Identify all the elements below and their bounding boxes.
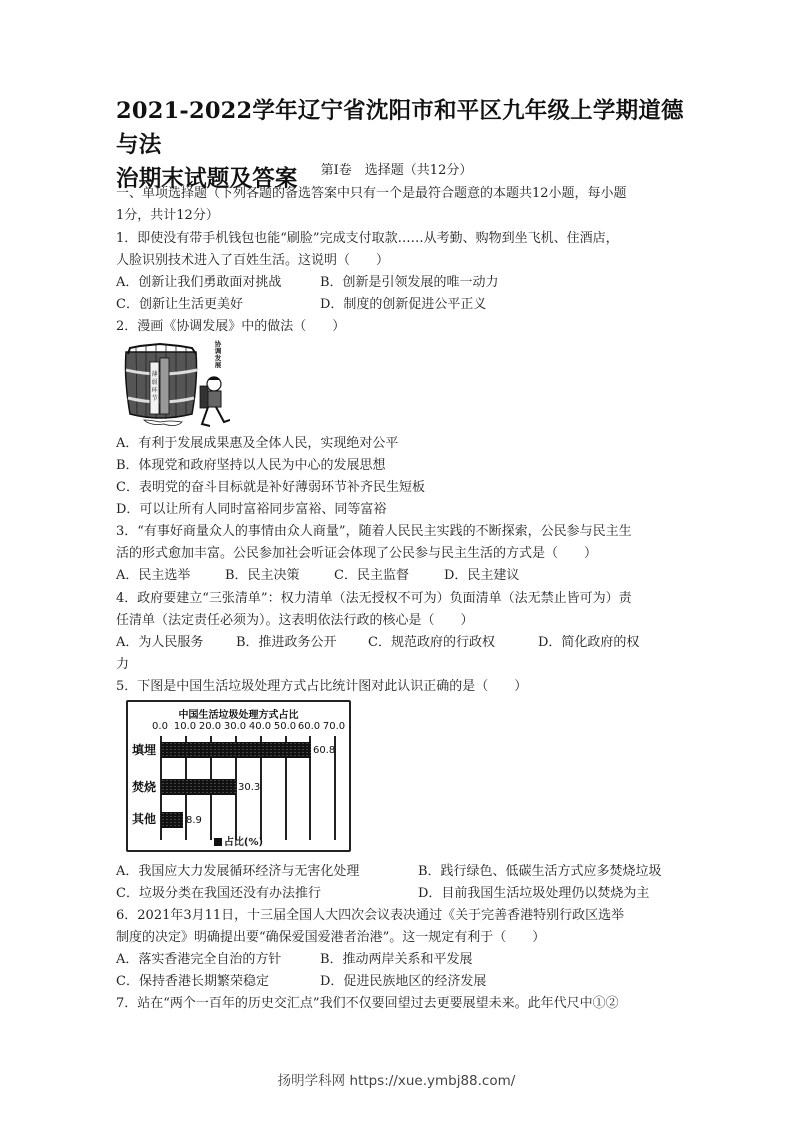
legend-swatch-icon <box>214 838 222 846</box>
chart-title: 中国生活垃圾处理方式占比 <box>128 706 349 721</box>
x-tick: 10.0 <box>174 721 196 732</box>
chart-legend: 占比(%) <box>128 833 349 848</box>
question-4-stem-line-2: 任清单（法定责任必须为）。这表明依法行政的核心是（ ） <box>116 611 474 631</box>
svg-text:弱: 弱 <box>151 378 157 386</box>
question-6-stem-line-1: 6．2021年3月11日，十三届全国人大四次会议表决通过《关于完善香港特别行政区… <box>116 906 624 926</box>
question-3-option-c: C．民主监督 <box>334 566 409 586</box>
question-1-stem-line-1: 1．即使没有带手机钱包也能“刷脸”完成支付取款……从考勤、购物到坐飞机、住酒店， <box>116 229 619 249</box>
question-4-option-d: D．简化政府的权 <box>538 633 639 653</box>
question-2-stem: 2．漫画《协调发展》中的做法（ ） <box>116 317 345 337</box>
bar-value: 30.3 <box>238 782 260 793</box>
question-2-option-c: C．表明党的奋斗目标就是补好薄弱环节补齐民生短板 <box>116 478 425 498</box>
question-5-option-c: C．垃圾分类在我国还没有办法推行 <box>116 884 321 904</box>
question-3-stem-line-2: 活的形式愈加丰富。公民参加社会听证会体现了公民参与民主生活的方式是（ ） <box>116 544 597 564</box>
svg-text:节: 节 <box>151 394 157 402</box>
question-2-option-a: A．有利于发展成果惠及全体人民，实现绝对公平 <box>116 434 398 454</box>
category-label: 焚烧 <box>132 778 156 795</box>
legend-label: 占比(%) <box>224 837 263 848</box>
question-6-option-b: B．推动两岸关系和平发展 <box>320 950 473 970</box>
bar-landfill <box>161 742 311 758</box>
question-5-option-a: A．我国应大力发展循环经济与无害化处理 <box>116 862 359 882</box>
question-6-option-d: D．促进民族地区的经济发展 <box>320 972 486 992</box>
chart-x-axis: 0.0 10.0 20.0 30.0 40.0 50.0 60.0 70.0 <box>128 721 349 733</box>
question-6-option-c: C．保持香港长期繁荣稳定 <box>116 972 269 992</box>
question-1-option-c: C．创新让生活更美好 <box>116 295 243 315</box>
bar-incineration <box>161 779 236 795</box>
question-6-option-a: A．落实香港完全自治的方针 <box>116 950 281 970</box>
svg-text:展: 展 <box>215 360 222 369</box>
question-5-option-b: B．践行绿色、低碳生活方式应多焚烧垃圾 <box>418 862 662 882</box>
svg-text:薄: 薄 <box>151 370 157 378</box>
question-1-option-d: D．制度的创新促进公平正义 <box>320 295 486 315</box>
footer-watermark: 扬明学科网 https://xue.ymbj88.com/ <box>0 1069 793 1089</box>
question-4-option-b: B．推进政务公开 <box>236 633 337 653</box>
question-3-option-a: A．民主选举 <box>116 566 190 586</box>
question-4-option-a: A．为人民服务 <box>116 633 203 653</box>
instructions-line-1: 一、单项选择题（下列各题的备选答案中只有一个是最符合题意的本题共12小题，每小题 <box>116 184 627 204</box>
waste-disposal-bar-chart: 中国生活垃圾处理方式占比 0.0 10.0 20.0 30.0 40.0 50.… <box>126 700 351 852</box>
x-tick: 0.0 <box>152 721 168 732</box>
question-6-stem-line-2: 制度的决定》明确提出要“确保爱国爱港者治港”。这一规定有利于（ ） <box>116 928 545 948</box>
x-tick: 60.0 <box>298 721 320 732</box>
category-label: 其他 <box>132 810 156 827</box>
bar-value: 60.8 <box>313 745 335 756</box>
question-4-stem-line-1: 4．政府要建立“三张清单”：权力清单（法无授权不可为）负面清单（法无禁止皆可为）… <box>116 589 632 609</box>
x-tick: 20.0 <box>199 721 221 732</box>
question-4-option-d-wrap: 力 <box>116 655 129 675</box>
cartoon-coordinated-development: 薄 弱 环 节 协 调 发 展 <box>120 340 230 432</box>
question-1-option-a: A．创新让我们勇敢面对挑战 <box>116 273 281 293</box>
x-tick: 40.0 <box>249 721 271 732</box>
question-3-option-b: B．民主决策 <box>225 566 300 586</box>
svg-text:环: 环 <box>151 386 158 394</box>
question-5-option-d: D．目前我国生活垃圾处理仍以焚烧为主 <box>418 884 649 904</box>
question-1-stem-line-2: 人脸识别技术进入了百姓生活。这说明（ ） <box>116 251 389 271</box>
x-tick: 50.0 <box>274 721 296 732</box>
question-5-stem: 5．下图是中国生活垃圾处理方式占比统计图对此认识正确的是（ ） <box>116 677 527 697</box>
section-heading: 第Ⅰ卷 选择题（共12分） <box>0 161 793 181</box>
cartoon-image-icon: 薄 弱 环 节 协 调 发 展 <box>120 340 230 432</box>
question-4-option-c: C．规范政府的行政权 <box>368 633 495 653</box>
x-tick: 70.0 <box>323 721 345 732</box>
question-3-stem-line-1: 3．“有事好商量众人的事情由众人商量”，随着人民民主实践的不断探索，公民参与民主… <box>116 522 632 542</box>
question-2-option-d: D．可以让所有人同时富裕同步富裕、同等富裕 <box>116 500 386 520</box>
instructions-line-2: 1分，共计12分） <box>116 206 219 226</box>
bar-value: 8.9 <box>186 815 202 826</box>
category-label: 填埋 <box>132 741 156 758</box>
bar-other <box>161 812 183 828</box>
question-2-option-b: B．体现党和政府坚持以人民为中心的发展思想 <box>116 456 386 476</box>
question-3-option-d: D．民主建议 <box>444 566 519 586</box>
question-1-option-b: B．创新是引领发展的唯一动力 <box>320 273 499 293</box>
x-tick: 30.0 <box>224 721 246 732</box>
title-line-1: 2021-2022学年辽宁省沈阳市和平区九年级上学期道德与法 <box>116 94 691 162</box>
question-7-stem: 7．站在“两个一百年的历史交汇点”我们不仅要回望过去更要展望未来。此年代尺中①② <box>116 994 619 1014</box>
